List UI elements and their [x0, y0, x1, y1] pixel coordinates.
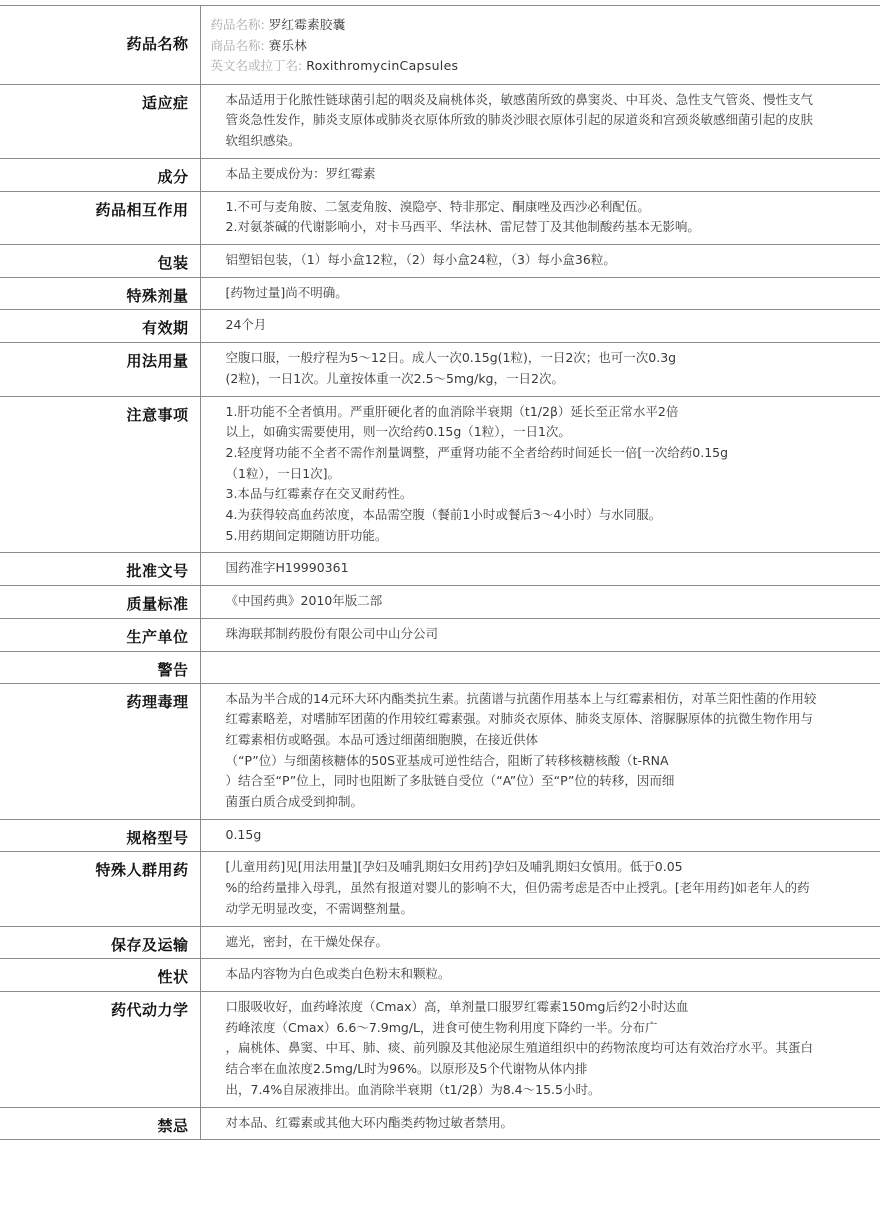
row-shelf-life: 有效期 24个月 [0, 310, 880, 343]
label-cell: 警告 [0, 651, 200, 683]
row-value-specification: 0.15g [226, 820, 821, 852]
row-special-dosage: 特殊剂量 [药物过量]尚不明确。 [0, 277, 880, 310]
label-cell: 成分 [0, 158, 200, 191]
value-cell: 《中国药典》2010年版二部 [200, 586, 880, 619]
value-cell: [儿童用药]见[用法用量][孕妇及哺乳期妇女用药]孕妇及哺乳期妇女慎用。低于0.… [200, 852, 880, 926]
row-label-drug-name: 药品名称 [0, 6, 189, 54]
label-cell: 特殊人群用药 [0, 852, 200, 926]
row-value-pharmacology-toxicology: 本品为半合成的14元环大环内酯类抗生素。抗菌谱与抗菌作用基本上与红霉素相仿，对革… [226, 684, 821, 819]
value-cell: 药品名称: 罗红霉素胶囊 商品名称: 赛乐林 英文名或拉丁名: Roxithro… [200, 6, 880, 85]
label-cell: 规格型号 [0, 819, 200, 852]
row-label-packaging: 包装 [0, 245, 189, 273]
value-cell: 口服吸收好，血药峰浓度（Cmax）高，单剂量口服罗红霉素150mg后约2小时达血… [200, 992, 880, 1108]
value-cell: 0.15g [200, 819, 880, 852]
row-ingredients: 成分 本品主要成份为：罗红霉素 [0, 158, 880, 191]
row-value-warning [226, 652, 821, 663]
row-value-precautions: 1.肝功能不全者慎用。严重肝硬化者的血消除半衰期（t1/2β）延长至正常水平2倍… [226, 397, 821, 553]
row-value-special-populations: [儿童用药]见[用法用量][孕妇及哺乳期妇女用药]孕妇及哺乳期妇女慎用。低于0.… [226, 852, 821, 925]
label-cell: 注意事项 [0, 396, 200, 553]
row-label-indications: 适应症 [0, 85, 189, 113]
label-cell: 药代动力学 [0, 992, 200, 1108]
row-label-contraindications: 禁忌 [0, 1108, 189, 1136]
trade-name-value: 赛乐林 [269, 38, 307, 53]
row-precautions: 注意事项 1.肝功能不全者慎用。严重肝硬化者的血消除半衰期（t1/2β）延长至正… [0, 396, 880, 553]
value-cell: 1.肝功能不全者慎用。严重肝硬化者的血消除半衰期（t1/2β）延长至正常水平2倍… [200, 396, 880, 553]
row-label-warning: 警告 [0, 652, 189, 680]
row-value-ingredients: 本品主要成份为：罗红霉素 [226, 159, 821, 191]
label-cell: 有效期 [0, 310, 200, 343]
label-cell: 药品相互作用 [0, 191, 200, 244]
value-cell: 国药准字H19990361 [200, 553, 880, 586]
row-value-storage-transport: 遮光，密封，在干燥处保存。 [226, 927, 821, 959]
row-label-quality-standard: 质量标准 [0, 586, 189, 614]
row-value-appearance: 本品内容物为白色或类白色粉末和颗粒。 [226, 959, 821, 991]
value-cell: 空腹口服，一般疗程为5～12日。成人一次0.15g(1粒)，一日2次；也可一次0… [200, 343, 880, 396]
trade-name-key: 商品名称: [211, 38, 265, 53]
trade-name-line: 商品名称: 赛乐林 [211, 36, 821, 57]
row-pharmacokinetics: 药代动力学 口服吸收好，血药峰浓度（Cmax）高，单剂量口服罗红霉素150mg后… [0, 992, 880, 1108]
label-cell: 包装 [0, 245, 200, 278]
label-cell: 批准文号 [0, 553, 200, 586]
drug-spec-table: 药品名称 药品名称: 罗红霉素胶囊 商品名称: 赛乐林 英文名或拉丁名: Rox… [0, 5, 880, 1140]
row-value-packaging: 铝塑铝包装，（1）每小盒12粒，（2）每小盒24粒，（3）每小盒36粒。 [226, 245, 821, 277]
row-label-shelf-life: 有效期 [0, 310, 189, 338]
row-quality-standard: 质量标准 《中国药典》2010年版二部 [0, 586, 880, 619]
row-value-quality-standard: 《中国药典》2010年版二部 [226, 586, 821, 618]
label-cell: 生产单位 [0, 618, 200, 651]
label-cell: 禁忌 [0, 1107, 200, 1140]
value-cell: 对本品、红霉素或其他大环内酯类药物过敏者禁用。 [200, 1107, 880, 1140]
row-storage-transport: 保存及运输 遮光，密封，在干燥处保存。 [0, 926, 880, 959]
row-label-appearance: 性状 [0, 959, 189, 987]
row-appearance: 性状 本品内容物为白色或类白色粉末和颗粒。 [0, 959, 880, 992]
row-indications: 适应症 本品适用于化脓性链球菌引起的咽炎及扁桃体炎，敏感菌所致的鼻窦炎、中耳炎、… [0, 84, 880, 158]
value-cell: [药物过量]尚不明确。 [200, 277, 880, 310]
row-label-storage-transport: 保存及运输 [0, 927, 189, 955]
row-value-dosage-administration: 空腹口服，一般疗程为5～12日。成人一次0.15g(1粒)，一日2次；也可一次0… [226, 343, 821, 395]
row-label-ingredients: 成分 [0, 159, 189, 187]
value-cell: 本品为半合成的14元环大环内酯类抗生素。抗菌谱与抗菌作用基本上与红霉素相仿，对革… [200, 683, 880, 819]
row-label-drug-interactions: 药品相互作用 [0, 192, 189, 220]
row-dosage-administration: 用法用量 空腹口服，一般疗程为5～12日。成人一次0.15g(1粒)，一日2次；… [0, 343, 880, 396]
row-pharmacology-toxicology: 药理毒理 本品为半合成的14元环大环内酯类抗生素。抗菌谱与抗菌作用基本上与红霉素… [0, 683, 880, 819]
row-label-dosage-administration: 用法用量 [0, 343, 189, 371]
row-value-manufacturer: 珠海联邦制药股份有限公司中山分公司 [226, 619, 821, 651]
value-cell: 珠海联邦制药股份有限公司中山分公司 [200, 618, 880, 651]
english-name-value: RoxithromycinCapsules [306, 58, 458, 73]
row-value-drug-interactions: 1.不可与麦角胺、二氢麦角胺、溴隐亭、特非那定、酮康唑及西沙必利配伍。 2.对氨… [226, 192, 821, 244]
drug-name-block: 药品名称: 罗红霉素胶囊 商品名称: 赛乐林 英文名或拉丁名: Roxithro… [211, 6, 821, 84]
row-drug-name: 药品名称 药品名称: 罗红霉素胶囊 商品名称: 赛乐林 英文名或拉丁名: Rox… [0, 6, 880, 85]
row-label-pharmacology-toxicology: 药理毒理 [0, 684, 189, 712]
row-contraindications: 禁忌 对本品、红霉素或其他大环内酯类药物过敏者禁用。 [0, 1107, 880, 1140]
label-cell: 特殊剂量 [0, 277, 200, 310]
label-cell: 适应症 [0, 84, 200, 158]
label-cell: 保存及运输 [0, 926, 200, 959]
english-name-line: 英文名或拉丁名: RoxithromycinCapsules [211, 56, 821, 77]
label-cell: 用法用量 [0, 343, 200, 396]
row-manufacturer: 生产单位 珠海联邦制药股份有限公司中山分公司 [0, 618, 880, 651]
row-value-contraindications: 对本品、红霉素或其他大环内酯类药物过敏者禁用。 [226, 1108, 821, 1140]
value-cell: 24个月 [200, 310, 880, 343]
generic-name-value: 罗红霉素胶囊 [269, 17, 346, 32]
value-cell: 本品主要成份为：罗红霉素 [200, 158, 880, 191]
row-specification: 规格型号 0.15g [0, 819, 880, 852]
row-value-special-dosage: [药物过量]尚不明确。 [226, 278, 821, 310]
label-cell: 药理毒理 [0, 683, 200, 819]
value-cell [200, 651, 880, 683]
row-label-specification: 规格型号 [0, 820, 189, 848]
label-cell: 性状 [0, 959, 200, 992]
row-approval-number: 批准文号 国药准字H19990361 [0, 553, 880, 586]
value-cell: 1.不可与麦角胺、二氢麦角胺、溴隐亭、特非那定、酮康唑及西沙必利配伍。 2.对氨… [200, 191, 880, 244]
value-cell: 本品内容物为白色或类白色粉末和颗粒。 [200, 959, 880, 992]
label-cell: 药品名称 [0, 6, 200, 85]
row-label-approval-number: 批准文号 [0, 553, 189, 581]
value-cell: 本品适用于化脓性链球菌引起的咽炎及扁桃体炎，敏感菌所致的鼻窦炎、中耳炎、急性支气… [200, 84, 880, 158]
english-name-key: 英文名或拉丁名: [211, 58, 303, 73]
row-label-special-populations: 特殊人群用药 [0, 852, 189, 880]
generic-name-key: 药品名称: [211, 17, 265, 32]
row-label-special-dosage: 特殊剂量 [0, 278, 189, 306]
row-drug-interactions: 药品相互作用 1.不可与麦角胺、二氢麦角胺、溴隐亭、特非那定、酮康唑及西沙必利配… [0, 191, 880, 244]
row-value-pharmacokinetics: 口服吸收好，血药峰浓度（Cmax）高，单剂量口服罗红霉素150mg后约2小时达血… [226, 992, 821, 1107]
row-value-approval-number: 国药准字H19990361 [226, 553, 821, 585]
row-value-indications: 本品适用于化脓性链球菌引起的咽炎及扁桃体炎，敏感菌所致的鼻窦炎、中耳炎、急性支气… [226, 85, 821, 158]
row-label-manufacturer: 生产单位 [0, 619, 189, 647]
value-cell: 铝塑铝包装，（1）每小盒12粒，（2）每小盒24粒，（3）每小盒36粒。 [200, 245, 880, 278]
row-warning: 警告 [0, 651, 880, 683]
row-label-pharmacokinetics: 药代动力学 [0, 992, 189, 1020]
row-packaging: 包装 铝塑铝包装，（1）每小盒12粒，（2）每小盒24粒，（3）每小盒36粒。 [0, 245, 880, 278]
value-cell: 遮光，密封，在干燥处保存。 [200, 926, 880, 959]
row-value-shelf-life: 24个月 [226, 310, 821, 342]
generic-name-line: 药品名称: 罗红霉素胶囊 [211, 15, 821, 36]
row-special-populations: 特殊人群用药 [儿童用药]见[用法用量][孕妇及哺乳期妇女用药]孕妇及哺乳期妇女… [0, 852, 880, 926]
row-label-precautions: 注意事项 [0, 397, 189, 425]
label-cell: 质量标准 [0, 586, 200, 619]
